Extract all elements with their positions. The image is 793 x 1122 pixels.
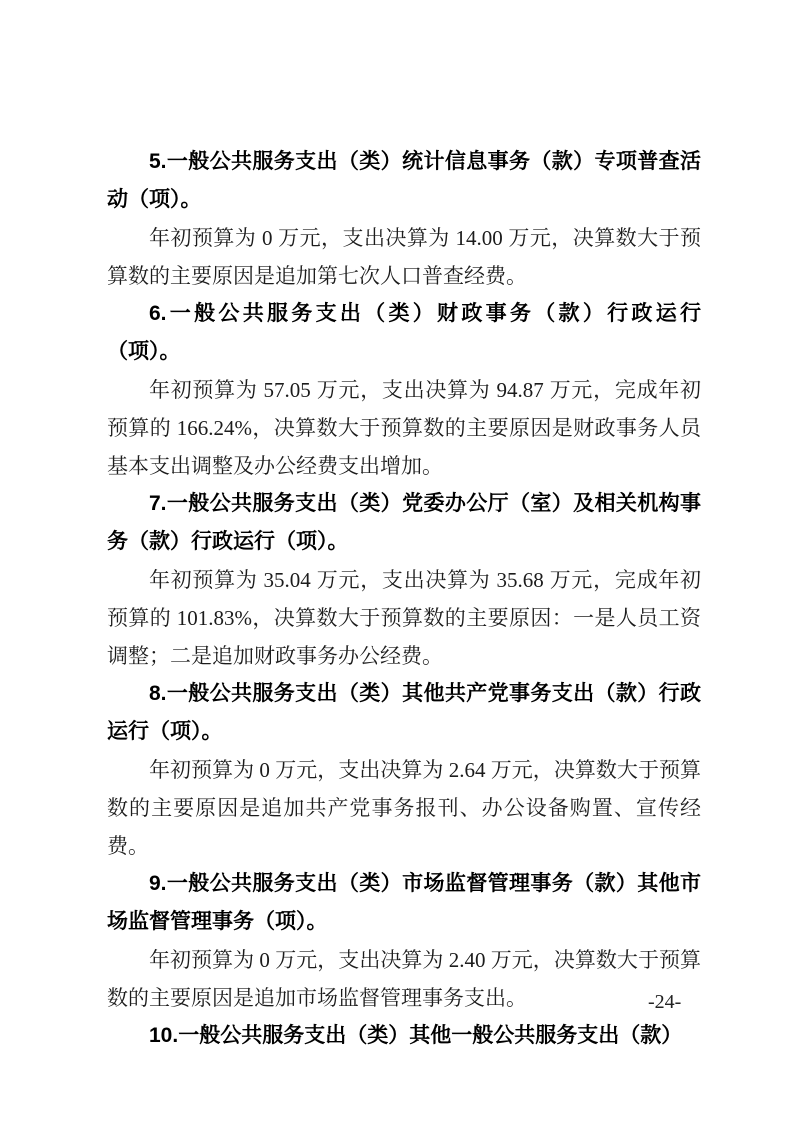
section-heading: 10.一般公共服务支出（类）其他一般公共服务支出（款） (107, 1017, 701, 1055)
section-heading: 9.一般公共服务支出（类）市场监督管理事务（款）其他市场监督管理事务（项）。 (107, 865, 701, 941)
section-heading: 8.一般公共服务支出（类）其他共产党事务支出（款）行政运行（项）。 (107, 675, 701, 751)
document-page: 5.一般公共服务支出（类）统计信息事务（款）专项普查活动（项）。 年初预算为 0… (0, 0, 793, 1122)
section-heading: 6.一般公共服务支出（类）财政事务（款）行政运行（项）。 (107, 295, 701, 371)
section-body: 年初预算为 0 万元，支出决算为 2.64 万元，决算数大于预算数的主要原因是追… (107, 751, 701, 865)
section-body: 年初预算为 57.05 万元，支出决算为 94.87 万元，完成年初预算的 16… (107, 371, 701, 485)
section-heading: 7.一般公共服务支出（类）党委办公厅（室）及相关机构事务（款）行政运行（项）。 (107, 485, 701, 561)
document-content: 5.一般公共服务支出（类）统计信息事务（款）专项普查活动（项）。 年初预算为 0… (107, 143, 701, 1055)
section-heading: 5.一般公共服务支出（类）统计信息事务（款）专项普查活动（项）。 (107, 143, 701, 219)
section-body: 年初预算为 0 万元，支出决算为 2.40 万元，决算数大于预算数的主要原因是追… (107, 941, 701, 1017)
page-number: -24- (648, 990, 681, 1014)
section-body: 年初预算为 35.04 万元，支出决算为 35.68 万元，完成年初预算的 10… (107, 561, 701, 675)
section-body: 年初预算为 0 万元，支出决算为 14.00 万元，决算数大于预算数的主要原因是… (107, 219, 701, 295)
